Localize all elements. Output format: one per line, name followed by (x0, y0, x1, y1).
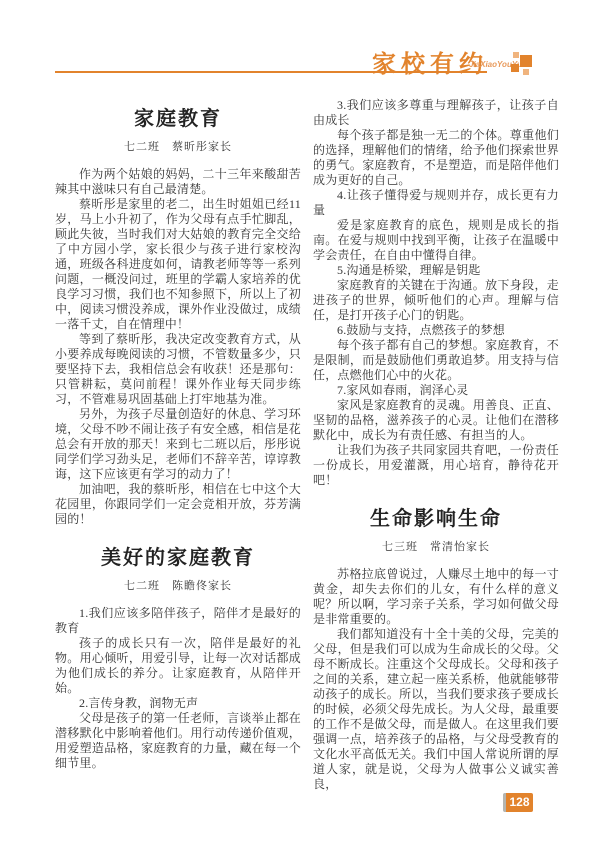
brand-logo-icon (509, 50, 535, 80)
paragraph: 苏格拉底曾说过，人赚尽土地中的每一寸黄金，却失去你们的儿女，有什么样的意义呢？所… (313, 567, 559, 627)
paragraph: 作为两个姑娘的妈妈，二十三年来酸甜苦辣其中滋味只有自己最清楚。 (55, 167, 301, 197)
column-left: 家庭教育 七二班 蔡昕彤家长 作为两个姑娘的妈妈，二十三年来酸甜苦辣其中滋味只有… (55, 98, 301, 792)
paragraph: 孩子的成长只有一次，陪伴是最好的礼物。用心倾听，用爱引导，让每一次对话都成为他们… (55, 636, 301, 696)
paragraph: 2.言传身教，润物无声 (55, 696, 301, 711)
article-1-byline: 七二班 蔡昕彤家长 (55, 138, 301, 154)
paragraph: 另外，为孩子尽量创造好的休息、学习环境，父母不吵不闹让孩子有安全感，相信是花总会… (55, 407, 301, 482)
paragraph: 3.我们应该多尊重与理解孩子，让孩子自由成长 (313, 98, 559, 128)
paragraph: 等到了蔡昕彤，我决定改变教育方式，从小要养成每晚阅读的习惯，不管数量多少，只要坚… (55, 332, 301, 407)
paragraph: 6.鼓励与支持，点燃孩子的梦想 (313, 323, 559, 338)
article-3-header: 生命影响生命 七三班 常清怡家长 (313, 502, 559, 554)
paragraph: 爱是家庭教育的底色，规则是成长的指南。在爱与规则中找到平衡，让孩子在温暖中学会责… (313, 218, 559, 263)
paragraph: 让我们为孩子共同家园共育吧，一份责任一份成长，用爱灌溉，用心培育，静待花开吧！ (313, 443, 559, 488)
page-number-badge: 128 (503, 793, 533, 812)
article-3-byline: 七三班 常清怡家长 (313, 538, 559, 554)
paragraph: 父母是孩子的第一任老师，言谈举止都在潜移默化中影响着他们。用行动传递价值观，用爱… (55, 711, 301, 771)
paragraph: 每个孩子都有自己的梦想。家庭教育，不是限制，而是鼓励他们勇敢追梦。用支持与信任，… (313, 338, 559, 383)
paragraph: 4.让孩子懂得爱与规则并存，成长更有力量 (313, 188, 559, 218)
article-3-title: 生命影响生命 (313, 502, 559, 531)
paragraph: 家庭教育的关键在于沟通。放下身段，走进孩子的世界，倾听他们的心声。理解与信任，是… (313, 278, 559, 323)
paragraph: 7.家风如春雨，润泽心灵 (313, 383, 559, 398)
column-right: 3.我们应该多尊重与理解孩子，让孩子自由成长 每个孩子都是独一无二的个体。尊重他… (313, 98, 559, 792)
article-1-title: 家庭教育 (55, 102, 301, 131)
article-2-byline: 七二班 陈瞻佟家长 (55, 577, 301, 593)
magazine-page: 家校有约 JiaXiaoYouYue 家庭教育 七二班 蔡昕彤家长 作为两个姑娘… (0, 0, 600, 848)
paragraph: 蔡昕彤是家里的老二，出生时姐姐已经11岁，马上小升初了，作为父母有点手忙脚乱，顾… (55, 197, 301, 332)
paragraph: 每个孩子都是独一无二的个体。尊重他们的选择，理解他们的情绪，给予他们探索世界的勇… (313, 128, 559, 188)
article-2-header: 美好的家庭教育 七二班 陈瞻佟家长 (55, 541, 301, 593)
paragraph: 加油吧，我的蔡昕彤，相信在七中这个大花园里，你跟同学们一定会竞相开放，芬芳满园的… (55, 482, 301, 527)
article-2-title: 美好的家庭教育 (55, 541, 301, 570)
article-1-header: 家庭教育 七二班 蔡昕彤家长 (55, 102, 301, 154)
paragraph: 5.沟通是桥梁，理解是钥匙 (313, 263, 559, 278)
paragraph: 1.我们应该多陪伴孩子，陪伴才是最好的教育 (55, 606, 301, 636)
paragraph: 家风是家庭教育的灵魂。用善良、正直、坚韧的品格，滋养孩子的心灵。让他们在潜移默化… (313, 398, 559, 443)
content-columns: 家庭教育 七二班 蔡昕彤家长 作为两个姑娘的妈妈，二十三年来酸甜苦辣其中滋味只有… (55, 98, 559, 792)
paragraph: 我们都知道没有十全十美的父母，完美的父母，但是我们可以成为生命成长的父母。父母不… (313, 627, 559, 792)
